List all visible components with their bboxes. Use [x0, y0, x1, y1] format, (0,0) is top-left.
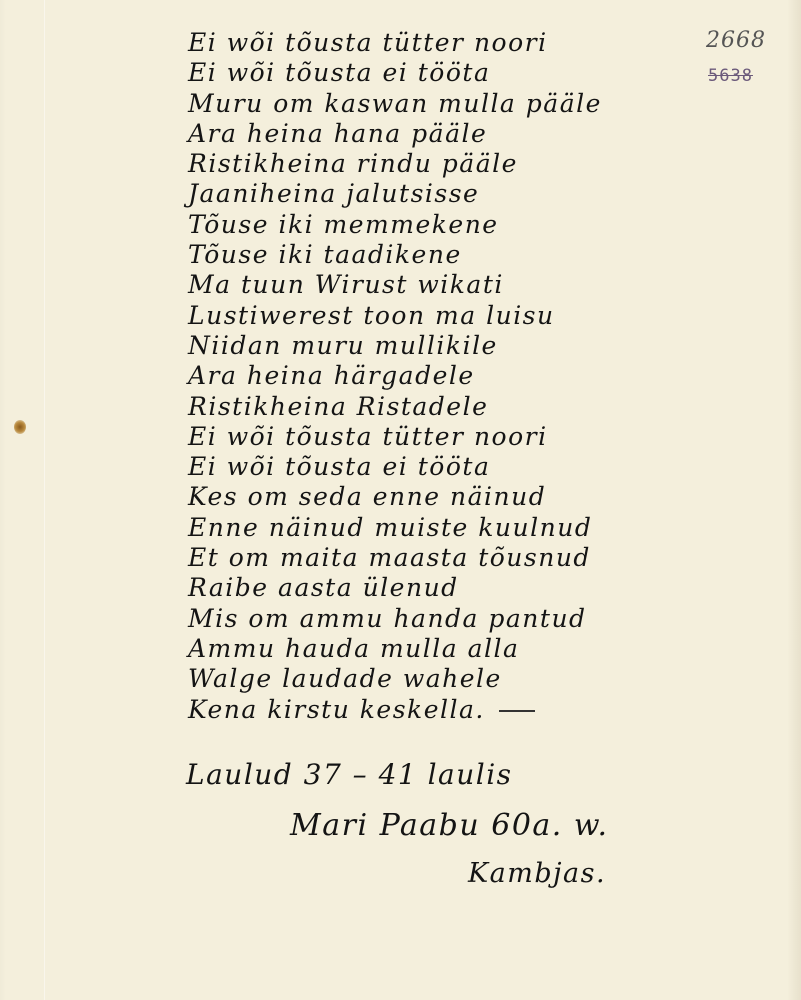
songs-sung-note: Laulud 37 – 41 laulis [186, 758, 513, 791]
poem-line: Tõuse iki taadikene [188, 240, 602, 270]
poem-line: Jaaniheina jalutsisse [188, 179, 602, 209]
poem-line: Ara heina hana pääle [188, 119, 602, 149]
struck-archive-number: 5638 [708, 66, 753, 86]
poem-line-last: Kena kirstu keskella. [188, 695, 602, 725]
poem-line: Ei wõi tõusta ei tööta [188, 58, 602, 88]
poem-line: Mis om ammu handa pantud [188, 604, 602, 634]
poem-line: Kena kirstu keskella. [188, 695, 485, 724]
singer-name: Mari Paabu 60a. w. [290, 808, 609, 843]
archive-number: 2668 [706, 28, 766, 53]
poem-line: Kes om seda enne näinud [188, 482, 602, 512]
poem-text: Ei wõi tõusta tütter noori Ei wõi tõusta… [188, 28, 602, 725]
poem-line: Ristikheina rindu pääle [188, 149, 602, 179]
poem-line: Ei wõi tõusta ei tööta [188, 452, 602, 482]
paper-stain [14, 420, 26, 434]
poem-line: Ei wõi tõusta tütter noori [188, 422, 602, 452]
end-dash [499, 710, 535, 712]
poem-line: Raibe aasta ülenud [188, 573, 602, 603]
poem-line: Ma tuun Wirust wikati [188, 270, 602, 300]
poem-line: Enne näinud muiste kuulnud [188, 513, 602, 543]
poem-line: Ei wõi tõusta tütter noori [188, 28, 602, 58]
place-name: Kambjas. [468, 858, 606, 889]
paper-fold [44, 0, 45, 1000]
poem-line: Ara heina härgadele [188, 361, 602, 391]
poem-line: Ammu hauda mulla alla [188, 634, 602, 664]
poem-line: Lustiwerest toon ma luisu [188, 301, 602, 331]
poem-line: Et om maita maasta tõusnud [188, 543, 602, 573]
manuscript-page: 2668 5638 Ei wõi tõusta tütter noori Ei … [0, 0, 801, 1000]
poem-line: Tõuse iki memmekene [188, 210, 602, 240]
poem-line: Ristikheina Ristadele [188, 392, 602, 422]
poem-line: Muru om kaswan mulla pääle [188, 89, 602, 119]
poem-line: Niidan muru mullikile [188, 331, 602, 361]
poem-line: Walge laudade wahele [188, 664, 602, 694]
